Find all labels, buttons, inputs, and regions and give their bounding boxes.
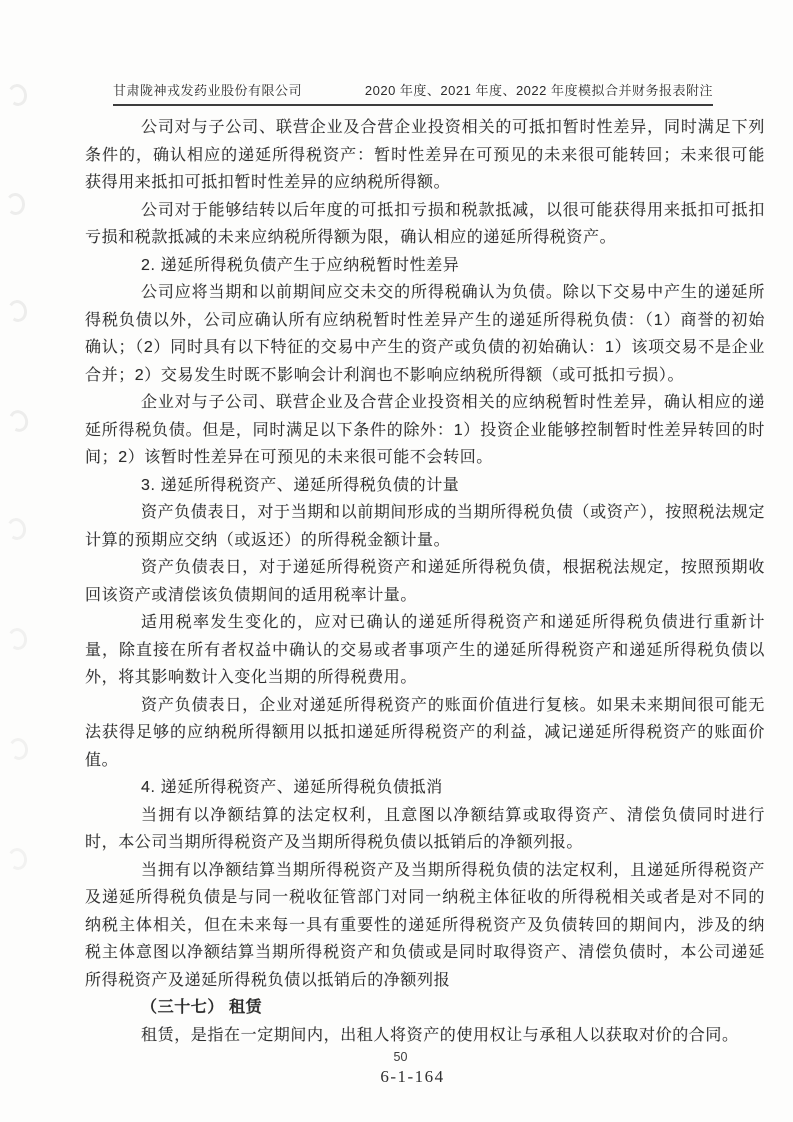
report-title: 2020 年度、2021 年度、2022 年度模拟合并财务报表附注	[365, 80, 713, 99]
paragraph: 资产负债表日，对于当期和以前期间形成的当期所得税负债（或资产），按照税法规定计算…	[85, 499, 765, 554]
binding-mark-icon	[6, 846, 29, 871]
page-number: 50	[4, 1050, 793, 1064]
document-code: 6-1-164	[16, 1067, 793, 1087]
paragraph: 企业对与子公司、联营企业及合营企业投资相关的应纳税暂时性差异，确认相应的递延所得…	[85, 389, 765, 472]
paragraph: 公司应将当期和以前期间应交未交的所得税确认为负债。除以下交易中产生的递延所得税负…	[85, 279, 765, 389]
section-heading-offset: 4. 递延所得税资产、递延所得税负债抵消	[85, 774, 765, 802]
paragraph: 当拥有以净额结算的法定权利，且意图以净额结算或取得资产、清偿负债同时进行时，本公…	[85, 802, 765, 857]
binding-mark-icon	[6, 626, 29, 651]
paragraph: 租赁，是指在一定期间内，出租人将资产的使用权让与承租人以获取对价的合同。	[85, 1022, 765, 1050]
paragraph: 当拥有以净额结算当期所得税资产及当期所得税负债的法定权利，且递延所得税资产及递延…	[85, 857, 765, 995]
binding-mark-icon	[6, 82, 29, 107]
paragraph: 公司对于能够结转以后年度的可抵扣亏损和税款抵减，以很可能获得用来抵扣可抵扣亏损和…	[85, 197, 765, 252]
section-heading-lease: （三十七） 租赁	[85, 994, 765, 1022]
binding-mark-icon	[5, 516, 28, 541]
binding-mark-icon	[5, 192, 26, 216]
section-heading-measurement: 3. 递延所得税资产、递延所得税负债的计量	[85, 472, 765, 500]
section-heading-deferred-tax-liability: 2. 递延所得税负债产生于应纳税暂时性差异	[85, 252, 765, 280]
paragraph: 公司对与子公司、联营企业及合营企业投资相关的可抵扣暂时性差异，同时满足下列条件的…	[85, 114, 765, 197]
binding-mark-icon	[6, 298, 29, 323]
paragraph: 资产负债表日，企业对递延所得税资产的账面价值进行复核。如果未来期间很可能无法获得…	[85, 692, 765, 775]
binding-mark-icon	[7, 736, 30, 761]
page-header: 甘肃陇神戎发药业股份有限公司 2020 年度、2021 年度、2022 年度模拟…	[113, 80, 713, 106]
document-body: 公司对与子公司、联营企业及合营企业投资相关的可抵扣暂时性差异，同时满足下列条件的…	[85, 114, 765, 1049]
company-name: 甘肃陇神戎发药业股份有限公司	[113, 80, 302, 99]
binding-mark-icon	[6, 408, 31, 435]
paragraph: 适用税率发生变化的，应对已确认的递延所得税资产和递延所得税负债进行重新计量，除直…	[85, 609, 765, 692]
scanned-document-page: 甘肃陇神戎发药业股份有限公司 2020 年度、2021 年度、2022 年度模拟…	[0, 0, 793, 1122]
paragraph: 资产负债表日，对于递延所得税资产和递延所得税负债，根据税法规定，按照预期收回该资…	[85, 554, 765, 609]
